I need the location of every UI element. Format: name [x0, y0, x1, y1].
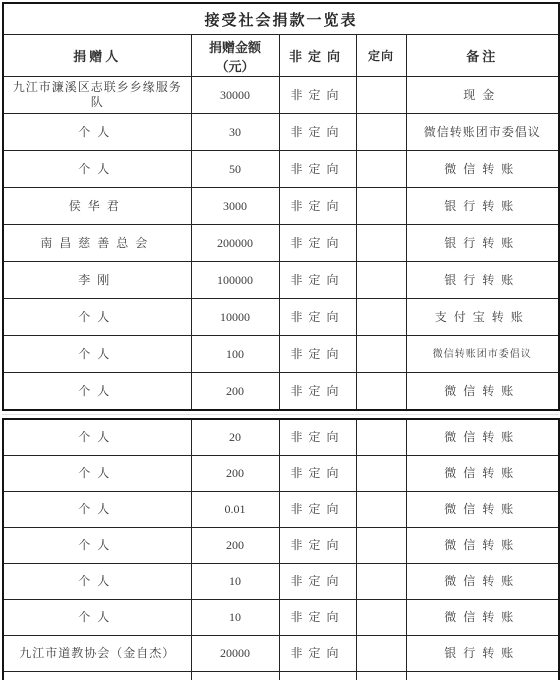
directed-cell — [356, 373, 406, 411]
table-row: 个人0.01非定向微信转账 — [3, 492, 559, 528]
directed-cell — [356, 114, 406, 151]
remark-cell: 微信转账 — [406, 564, 559, 600]
amount-cell: 200 — [191, 528, 279, 564]
non-directed-cell: 非定向 — [279, 564, 356, 600]
remark-cell: 银行转账 — [406, 262, 559, 299]
non-directed-cell: 非定向 — [279, 600, 356, 636]
donation-table-bottom: 个人20非定向微信转账个人200非定向微信转账个人0.01非定向微信转账个人20… — [2, 418, 560, 680]
table-row: 侯华君3000非定向银行转账 — [3, 188, 559, 225]
non-directed-cell: 非定向 — [279, 299, 356, 336]
directed-cell — [356, 299, 406, 336]
directed-cell — [356, 600, 406, 636]
amount-cell: 10 — [191, 600, 279, 636]
page-title: 接受社会捐款一览表 — [3, 3, 559, 35]
directed-cell — [356, 188, 406, 225]
table-row: 个人20非定向微信转账 — [3, 419, 559, 456]
table-row: 李刚100000非定向银行转账 — [3, 262, 559, 299]
empty-cell — [356, 672, 406, 680]
donor-cell: 个人 — [3, 336, 191, 373]
amount-cell: 100000 — [191, 262, 279, 299]
amount-cell: 0.01 — [191, 492, 279, 528]
donor-cell: 个人 — [3, 419, 191, 456]
remark-cell: 微信转账团市委倡议 — [406, 114, 559, 151]
non-directed-cell: 非定向 — [279, 419, 356, 456]
donor-cell: 个人 — [3, 456, 191, 492]
donor-cell: 九江市濂溪区志联乡乡缘服务队 — [3, 77, 191, 114]
col-header-non-directed: 非定向 — [279, 35, 356, 77]
col-header-amount: 捐赠金额（元） — [191, 35, 279, 77]
non-directed-cell: 非定向 — [279, 492, 356, 528]
amount-cell: 50 — [191, 151, 279, 188]
table-row: 南昌慈善总会200000非定向银行转账 — [3, 225, 559, 262]
amount-cell: 30000 — [191, 77, 279, 114]
directed-cell — [356, 151, 406, 188]
amount-cell: 30 — [191, 114, 279, 151]
amount-cell: 200000 — [191, 225, 279, 262]
donor-cell: 个人 — [3, 114, 191, 151]
remark-cell: 微信转账团市委倡议 — [406, 336, 559, 373]
directed-cell — [356, 225, 406, 262]
table-row: 个人30非定向微信转账团市委倡议 — [3, 114, 559, 151]
non-directed-cell: 非定向 — [279, 373, 356, 411]
amount-cell: 20000 — [191, 636, 279, 672]
col-header-donor: 捐赠人 — [3, 35, 191, 77]
amount-cell: 10000 — [191, 299, 279, 336]
table-row: 个人50非定向微信转账 — [3, 151, 559, 188]
donor-cell: 个人 — [3, 299, 191, 336]
directed-cell — [356, 419, 406, 456]
remark-cell: 支付宝转账 — [406, 299, 559, 336]
table-row: 个人200非定向微信转账 — [3, 373, 559, 411]
remark-cell: 微信转账 — [406, 528, 559, 564]
table-header-row: 捐赠人 捐赠金额（元） 非定向 定向 备注 — [3, 35, 559, 77]
directed-cell — [356, 336, 406, 373]
donor-cell: 个人 — [3, 492, 191, 528]
table-row: 个人200非定向微信转账 — [3, 456, 559, 492]
separator-line — [2, 414, 559, 415]
col-header-directed: 定向 — [356, 35, 406, 77]
table-body-bottom: 个人20非定向微信转账个人200非定向微信转账个人0.01非定向微信转账个人20… — [3, 419, 559, 680]
directed-cell — [356, 262, 406, 299]
table-row: 九江市濂溪区志联乡乡缘服务队30000非定向现金 — [3, 77, 559, 114]
amount-cell: 100 — [191, 336, 279, 373]
donor-cell: 侯华君 — [3, 188, 191, 225]
directed-cell — [356, 456, 406, 492]
col-header-remark: 备注 — [406, 35, 559, 77]
table-row: 个人100非定向微信转账团市委倡议 — [3, 336, 559, 373]
amount-cell: 20 — [191, 419, 279, 456]
remark-cell: 微信转账 — [406, 151, 559, 188]
non-directed-cell: 非定向 — [279, 636, 356, 672]
empty-cell — [3, 672, 191, 680]
donor-cell: 个人 — [3, 600, 191, 636]
empty-cell — [191, 672, 279, 680]
document-page: 接受社会捐款一览表 捐赠人 捐赠金额（元） 非定向 定向 备注 九江市濂溪区志联… — [0, 0, 560, 680]
non-directed-cell: 非定向 — [279, 188, 356, 225]
directed-cell — [356, 492, 406, 528]
non-directed-cell: 非定向 — [279, 528, 356, 564]
directed-cell — [356, 528, 406, 564]
table-body-top: 九江市濂溪区志联乡乡缘服务队30000非定向现金个人30非定向微信转账团市委倡议… — [3, 77, 559, 411]
table-row: 个人10000非定向支付宝转账 — [3, 299, 559, 336]
donor-cell: 李刚 — [3, 262, 191, 299]
non-directed-cell: 非定向 — [279, 77, 356, 114]
non-directed-cell: 非定向 — [279, 114, 356, 151]
remark-cell: 银行转账 — [406, 188, 559, 225]
donation-table-top: 接受社会捐款一览表 捐赠人 捐赠金额（元） 非定向 定向 备注 九江市濂溪区志联… — [2, 2, 560, 411]
donor-cell: 个人 — [3, 528, 191, 564]
donor-cell: 个人 — [3, 373, 191, 411]
table-row: 个人10非定向微信转账 — [3, 600, 559, 636]
donor-cell: 个人 — [3, 564, 191, 600]
non-directed-cell: 非定向 — [279, 151, 356, 188]
amount-cell: 10 — [191, 564, 279, 600]
remark-cell: 银行转账 — [406, 225, 559, 262]
non-directed-cell: 非定向 — [279, 225, 356, 262]
directed-cell — [356, 77, 406, 114]
amount-cell: 200 — [191, 373, 279, 411]
cut-off-row — [3, 672, 559, 680]
empty-cell — [406, 672, 559, 680]
remark-cell: 微信转账 — [406, 600, 559, 636]
non-directed-cell: 非定向 — [279, 262, 356, 299]
remark-cell: 微信转账 — [406, 456, 559, 492]
directed-cell — [356, 636, 406, 672]
empty-cell — [279, 672, 356, 680]
table-row: 个人10非定向微信转账 — [3, 564, 559, 600]
non-directed-cell: 非定向 — [279, 456, 356, 492]
non-directed-cell: 非定向 — [279, 336, 356, 373]
remark-cell: 微信转账 — [406, 492, 559, 528]
amount-cell: 200 — [191, 456, 279, 492]
remark-cell: 银行转账 — [406, 636, 559, 672]
amount-cell: 3000 — [191, 188, 279, 225]
directed-cell — [356, 564, 406, 600]
remark-cell: 现金 — [406, 77, 559, 114]
table-row: 个人200非定向微信转账 — [3, 528, 559, 564]
table-title-row: 接受社会捐款一览表 — [3, 3, 559, 35]
remark-cell: 微信转账 — [406, 373, 559, 411]
donor-cell: 九江市道教协会（金自杰） — [3, 636, 191, 672]
donor-cell: 南昌慈善总会 — [3, 225, 191, 262]
table-row: 九江市道教协会（金自杰）20000非定向银行转账 — [3, 636, 559, 672]
remark-cell: 微信转账 — [406, 419, 559, 456]
donor-cell: 个人 — [3, 151, 191, 188]
